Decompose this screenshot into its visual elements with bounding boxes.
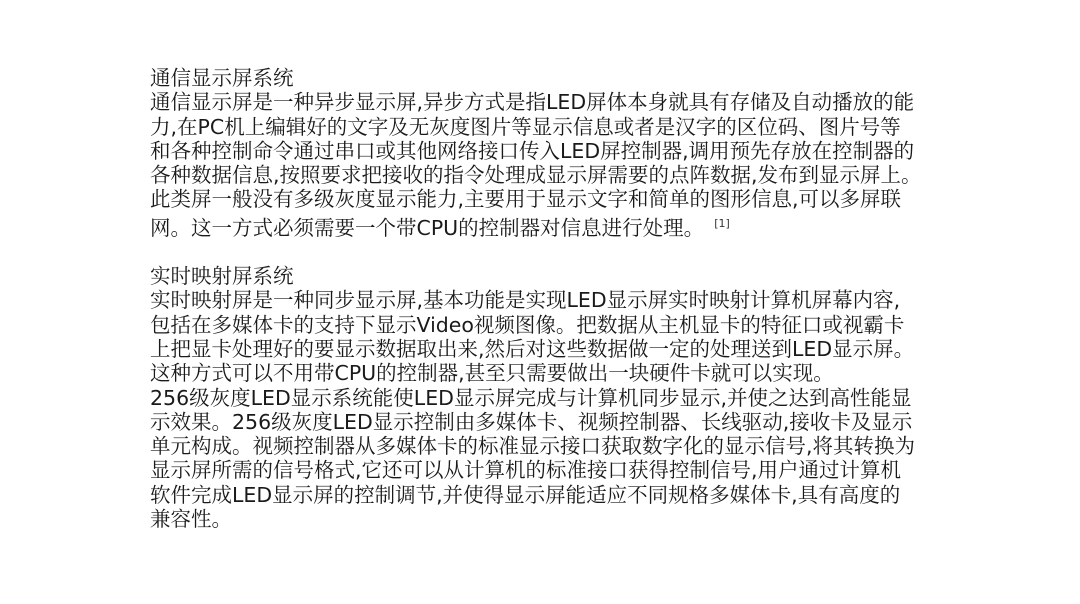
section-realtime-mapping-display: 实时映射屏系统 实时映射屏是一种同步显示屏,基本功能是实现LED显示屏实时映射计… [150,264,980,531]
document-body: 通信显示屏系统 通信显示屏是一种异步显示屏,异步方式是指LED屏体本身就具有存储… [150,66,980,531]
paragraph-line: 实时映射屏是一种同步显示屏,基本功能是实现LED显示屏实时映射计算机屏幕内容, [150,288,980,312]
section-communication-display: 通信显示屏系统 通信显示屏是一种异步显示屏,异步方式是指LED屏体本身就具有存储… [150,66,980,240]
paragraph-line: 各种数据信息,按照要求把接收的指令处理成显示屏需要的点阵数据,发布到显示屏上。 [150,163,980,187]
section-title: 实时映射屏系统 [150,264,980,288]
paragraph-line: 这种方式可以不用带CPU的控制器,甚至只需要做出一块硬件卡就可以实现。 [150,361,980,385]
section-title: 通信显示屏系统 [150,66,980,90]
paragraph-line: 和各种控制命令通过串口或其他网络接口传入LED屏控制器,调用预先存放在控制器的 [150,139,980,163]
document-page: 通信显示屏系统 通信显示屏是一种异步显示屏,异步方式是指LED屏体本身就具有存储… [0,0,1080,604]
paragraph-line: 显示屏所需的信号格式,它还可以从计算机的标准接口获得控制信号,用户通过计算机 [150,458,980,482]
paragraph-line: 单元构成。视频控制器从多媒体卡的标准显示接口获取数字化的显示信号,将其转换为 [150,434,980,458]
paragraph-line: 256级灰度LED显示系统能使LED显示屏完成与计算机同步显示,并使之达到高性能… [150,386,980,410]
paragraph-line: 此类屏一般没有多级灰度显示能力,主要用于显示文字和简单的图形信息,可以多屏联 [150,187,980,211]
paragraph-line: 包括在多媒体卡的支持下显示Video视频图像。把数据从主机显卡的特征口或视霸卡 [150,313,980,337]
paragraph-line: 力,在PC机上编辑好的文字及无灰度图片等显示信息或者是汉字的区位码、图片号等 [150,115,980,139]
paragraph-line: 示效果。256级灰度LED显示控制由多媒体卡、视频控制器、长线驱动,接收卡及显示 [150,410,980,434]
paragraph-line: 上把显卡处理好的要显示数据取出来,然后对这些数据做一定的处理送到LED显示屏。 [150,337,980,361]
paragraph-line: 软件完成LED显示屏的控制调节,并使得显示屏能适应不同规格多媒体卡,具有高度的 [150,483,980,507]
paragraph-line: 通信显示屏是一种异步显示屏,异步方式是指LED屏体本身就具有存储及自动播放的能 [150,90,980,114]
reference-marker[interactable]: [1] [714,217,730,230]
paragraph-line-text: 网。这一方式必须需要一个带CPU的控制器对信息进行处理。 [150,216,704,240]
paragraph-line-last: 网。这一方式必须需要一个带CPU的控制器对信息进行处理。[1] [150,212,980,240]
paragraph-line: 兼容性。 [150,507,980,531]
